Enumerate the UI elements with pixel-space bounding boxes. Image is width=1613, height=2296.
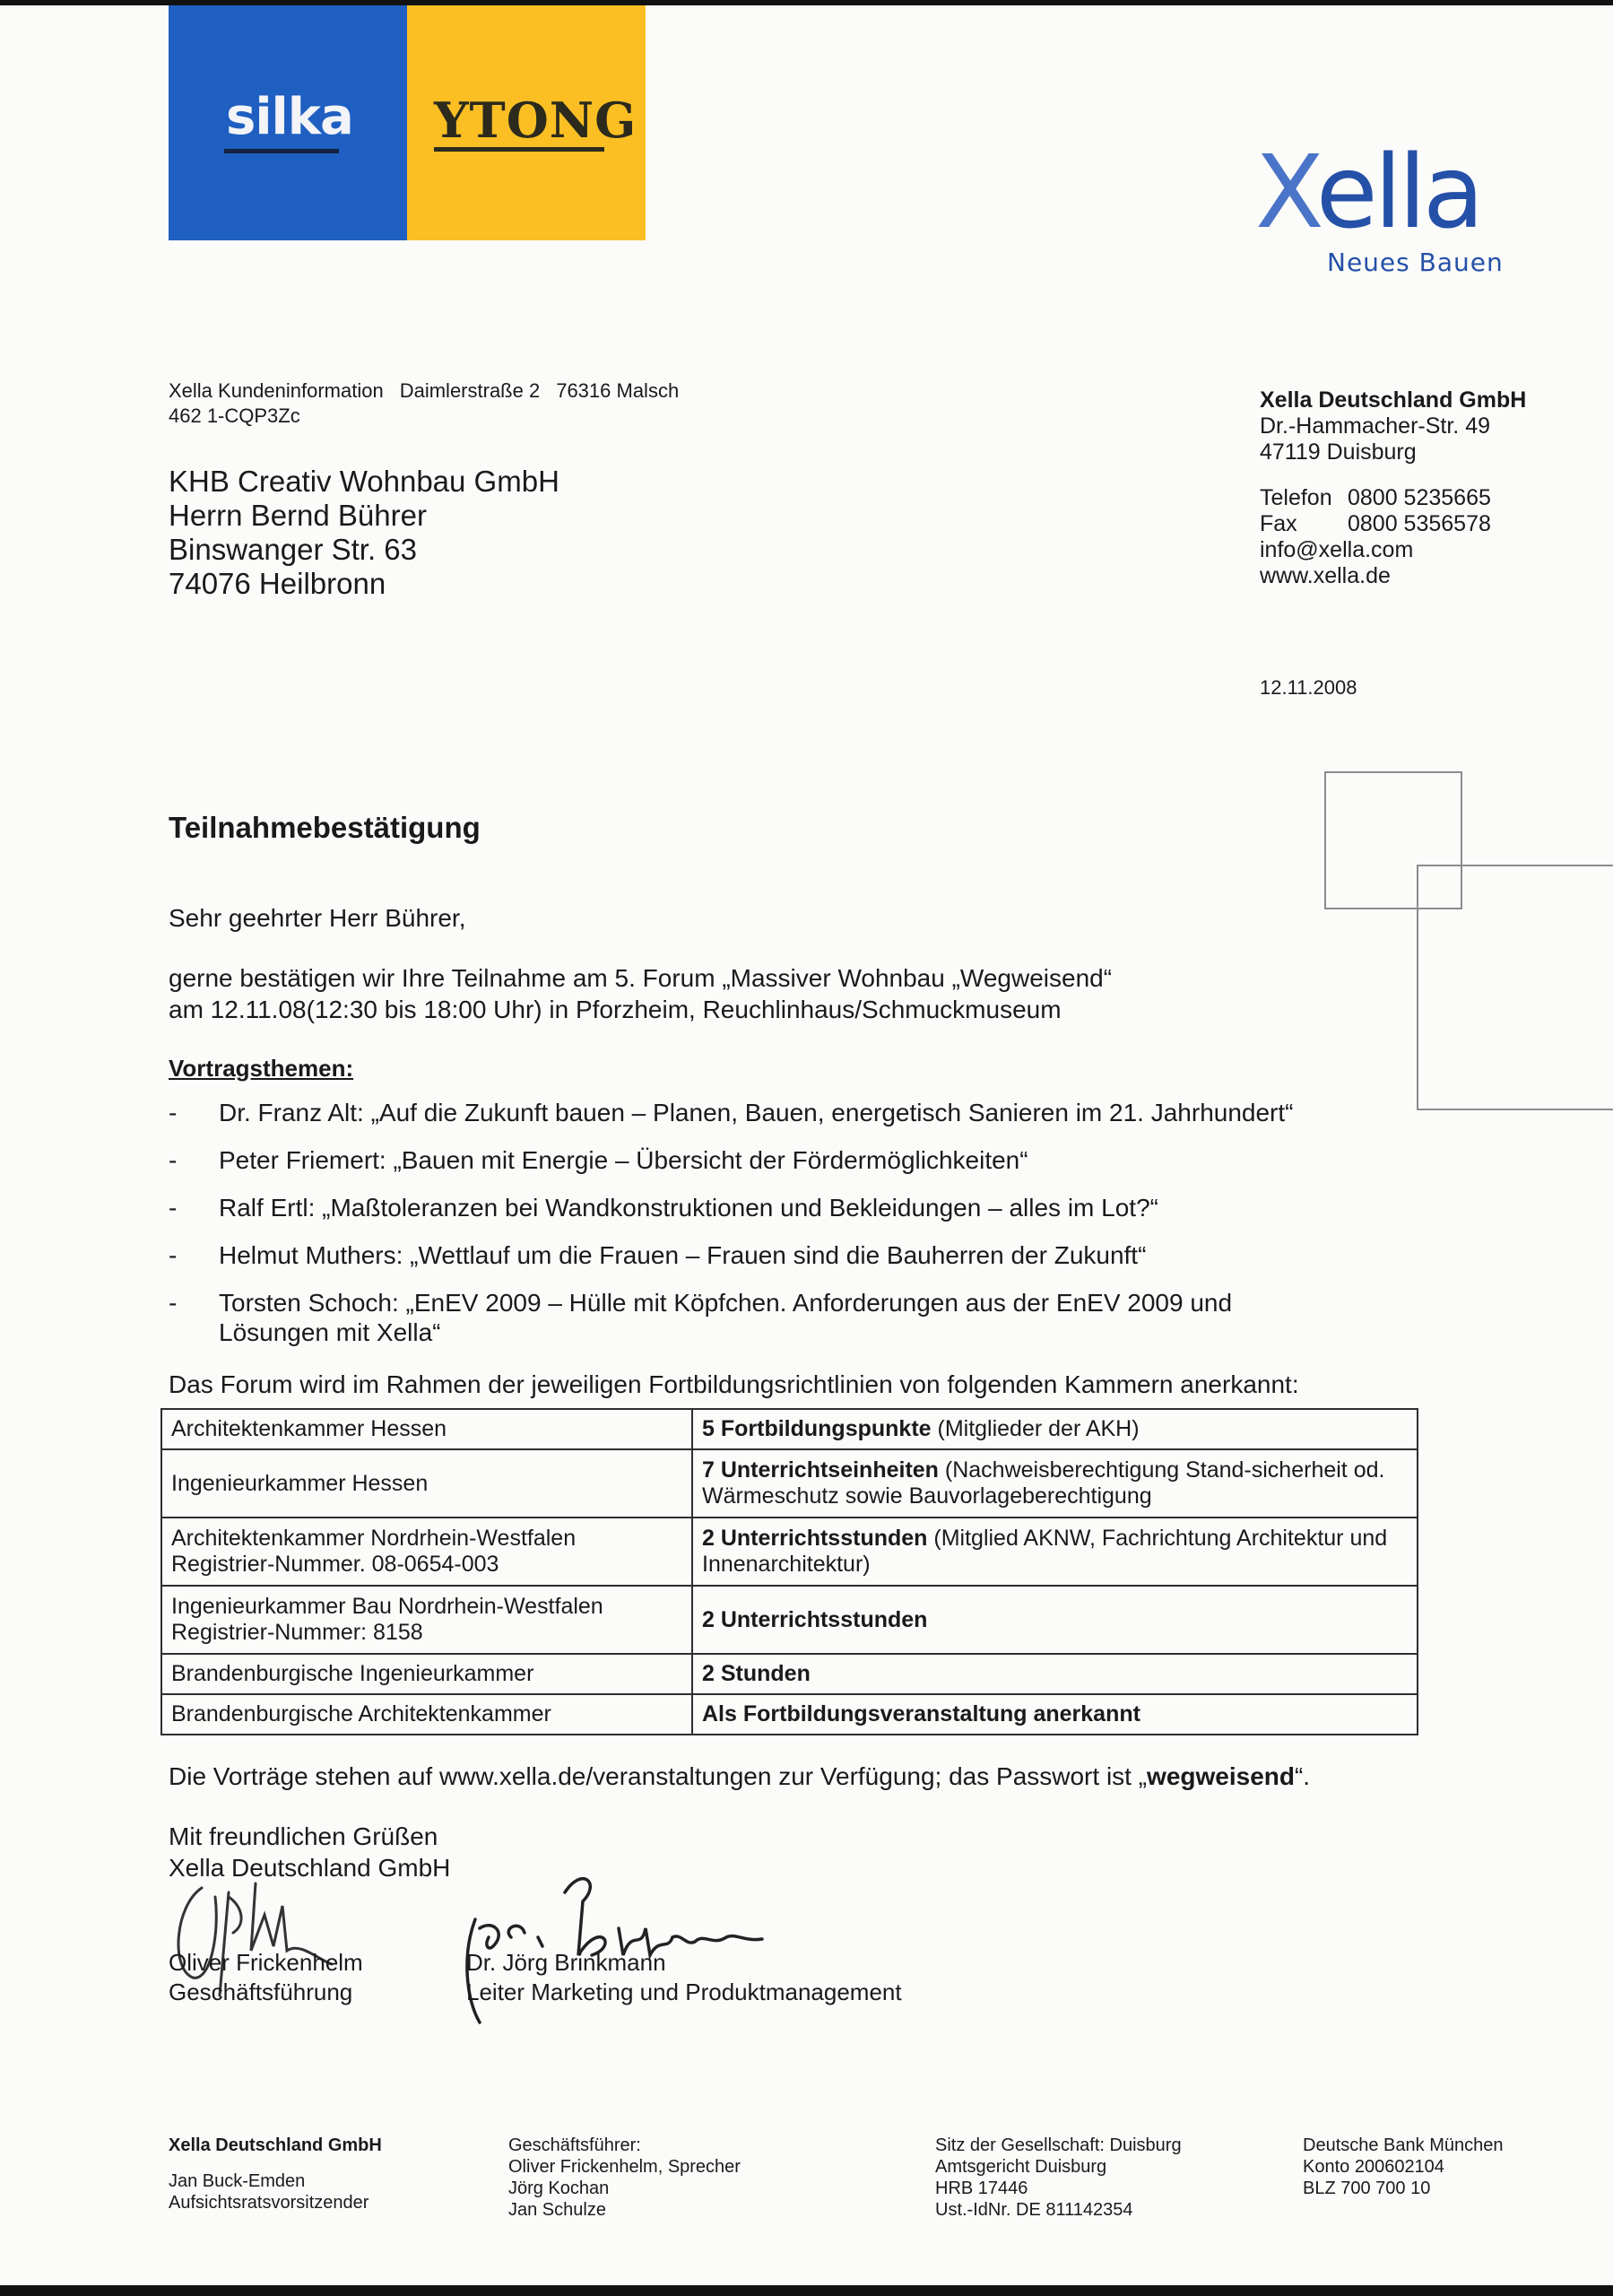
xella-rest-text: ella xyxy=(1316,135,1481,251)
accreditation-intro: Das Forum wird im Rahmen der jeweiligen … xyxy=(169,1370,1299,1399)
table-row: Brandenburgische ArchitektenkammerAls Fo… xyxy=(161,1694,1418,1735)
topics-list: -Dr. Franz Alt: „Auf die Zukunft bauen –… xyxy=(169,1098,1424,1365)
table-row: Architektenkammer Nordrhein-WestfalenReg… xyxy=(161,1518,1418,1586)
intro-paragraph: gerne bestätigen wir Ihre Teilnahme am 5… xyxy=(169,962,1112,1025)
chamber-cell: Brandenburgische Architektenkammer xyxy=(161,1694,692,1735)
recipient-street: Binswanger Str. 63 xyxy=(169,533,559,567)
scan-edge-bottom xyxy=(0,2285,1613,2296)
signatory-name: Dr. Jörg Brinkmann xyxy=(466,1948,902,1978)
credit-cell: 2 Unterrichtsstunden (Mitglied AKNW, Fac… xyxy=(692,1518,1418,1586)
topic-item: -Ralf Ertl: „Maßtoleranzen bei Wandkonst… xyxy=(169,1193,1424,1222)
bullet-dash: - xyxy=(169,1145,177,1175)
table-row: Ingenieurkammer Hessen7 Unterrichtseinhe… xyxy=(161,1449,1418,1518)
company-city: 47119 Duisburg xyxy=(1260,439,1526,465)
company-contact-block: Xella Deutschland GmbH Dr.-Hammacher-Str… xyxy=(1260,387,1526,589)
recipient-city: 74076 Heilbronn xyxy=(169,567,559,601)
xella-tagline: Neues Bauen xyxy=(1327,248,1504,277)
silka-logo-underline xyxy=(224,149,339,153)
credit-cell: 5 Fortbildungspunkte (Mitglieder der AKH… xyxy=(692,1409,1418,1449)
letter-date: 12.11.2008 xyxy=(1260,676,1357,700)
sender-city: 76316 Malsch xyxy=(556,379,679,402)
reference-code: 462 1-CQP3Zc xyxy=(169,404,695,429)
sender-street: Daimlerstraße 2 xyxy=(400,379,540,402)
silka-logo: silka xyxy=(169,5,407,240)
credit-cell: 7 Unterrichtseinheiten (Nachweisberechti… xyxy=(692,1449,1418,1518)
silka-logo-text: silka xyxy=(226,88,353,146)
table-row: Ingenieurkammer Bau Nordrhein-WestfalenR… xyxy=(161,1586,1418,1654)
accreditation-table: Architektenkammer Hessen5 Fortbildungspu… xyxy=(160,1408,1418,1735)
sender-return-line: Xella KundeninformationDaimlerstraße 276… xyxy=(169,378,695,429)
company-website: www.xella.de xyxy=(1260,563,1526,589)
salutation: Sehr geehrter Herr Bührer, xyxy=(169,904,466,933)
footer-bank: Deutsche Bank München Konto 200602104 BL… xyxy=(1303,2135,1503,2199)
xella-logo: Xella Neues Bauen xyxy=(1255,143,1524,242)
xella-wordmark: Xella xyxy=(1255,143,1524,242)
chamber-cell: Ingenieurkammer Hessen xyxy=(161,1449,692,1518)
credit-cell: 2 Stunden xyxy=(692,1654,1418,1694)
xella-x-glyph: X xyxy=(1255,135,1316,251)
recipient-company: KHB Creativ Wohnbau GmbH xyxy=(169,465,559,499)
recipient-address: KHB Creativ Wohnbau GmbH Herrn Bernd Büh… xyxy=(169,465,559,601)
ytong-logo-underline xyxy=(434,147,604,152)
chamber-cell: Brandenburgische Ingenieurkammer xyxy=(161,1654,692,1694)
password-text: wegweisend xyxy=(1147,1762,1295,1790)
topic-item: -Peter Friemert: „Bauen mit Energie – Üb… xyxy=(169,1145,1424,1175)
downloads-note: Die Vorträge stehen auf www.xella.de/ver… xyxy=(169,1762,1310,1791)
sender-name: Xella Kundeninformation xyxy=(169,379,384,402)
ytong-logo: YTONG xyxy=(407,5,646,240)
intro-line-1: gerne bestätigen wir Ihre Teilnahme am 5… xyxy=(169,962,1112,994)
chamber-cell: Ingenieurkammer Bau Nordrhein-WestfalenR… xyxy=(161,1586,692,1654)
signatory-1: Oliver Frickenhelm Geschäftsführung xyxy=(169,1948,363,2007)
topics-heading: Vortragsthemen: xyxy=(169,1055,353,1083)
recipient-person: Herrn Bernd Bührer xyxy=(169,499,559,533)
company-email: info@xella.com xyxy=(1260,537,1526,563)
topic-item: -Dr. Franz Alt: „Auf die Zukunft bauen –… xyxy=(169,1098,1424,1127)
footer-registry: Sitz der Gesellschaft: Duisburg Amtsgeri… xyxy=(935,2135,1182,2221)
chamber-cell: Architektenkammer Nordrhein-WestfalenReg… xyxy=(161,1518,692,1586)
company-street: Dr.-Hammacher-Str. 49 xyxy=(1260,413,1526,439)
company-name: Xella Deutschland GmbH xyxy=(1260,387,1526,413)
footer-company: Xella Deutschland GmbH Jan Buck-Emden Au… xyxy=(169,2135,382,2213)
intro-line-2: am 12.11.08(12:30 bis 18:00 Uhr) in Pfor… xyxy=(169,994,1112,1025)
letter-title: Teilnahmebestätigung xyxy=(169,811,481,845)
bullet-dash: - xyxy=(169,1193,177,1222)
footer-management: Geschäftsführer: Oliver Frickenhelm, Spr… xyxy=(508,2135,741,2221)
bullet-dash: - xyxy=(169,1288,177,1318)
topic-item: -Helmut Muthers: „Wettlauf um die Frauen… xyxy=(169,1240,1424,1270)
table-row: Brandenburgische Ingenieurkammer2 Stunde… xyxy=(161,1654,1418,1694)
closing: Mit freundlichen Grüßen Xella Deutschlan… xyxy=(169,1821,450,1883)
signatory-name: Oliver Frickenhelm xyxy=(169,1948,363,1978)
credit-cell: 2 Unterrichtsstunden xyxy=(692,1586,1418,1654)
chamber-cell: Architektenkammer Hessen xyxy=(161,1409,692,1449)
closing-company: Xella Deutschland GmbH xyxy=(169,1852,450,1883)
table-row: Architektenkammer Hessen5 Fortbildungspu… xyxy=(161,1409,1418,1449)
topic-item: -Torsten Schoch: „EnEV 2009 – Hülle mit … xyxy=(169,1288,1349,1347)
closing-greeting: Mit freundlichen Grüßen xyxy=(169,1821,450,1852)
company-fax: Fax0800 5356578 xyxy=(1260,511,1526,537)
signatory-role: Geschäftsführung xyxy=(169,1978,363,2007)
signatory-role: Leiter Marketing und Produktmanagement xyxy=(466,1978,902,2007)
decorative-square-large xyxy=(1417,865,1613,1110)
credit-cell: Als Fortbildungsveranstaltung anerkannt xyxy=(692,1694,1418,1735)
bullet-dash: - xyxy=(169,1240,177,1270)
signatory-2: Dr. Jörg Brinkmann Leiter Marketing und … xyxy=(466,1948,902,2007)
bullet-dash: - xyxy=(169,1098,177,1127)
ytong-logo-text: YTONG xyxy=(434,91,637,149)
company-phone: Telefon0800 5235665 xyxy=(1260,485,1526,511)
